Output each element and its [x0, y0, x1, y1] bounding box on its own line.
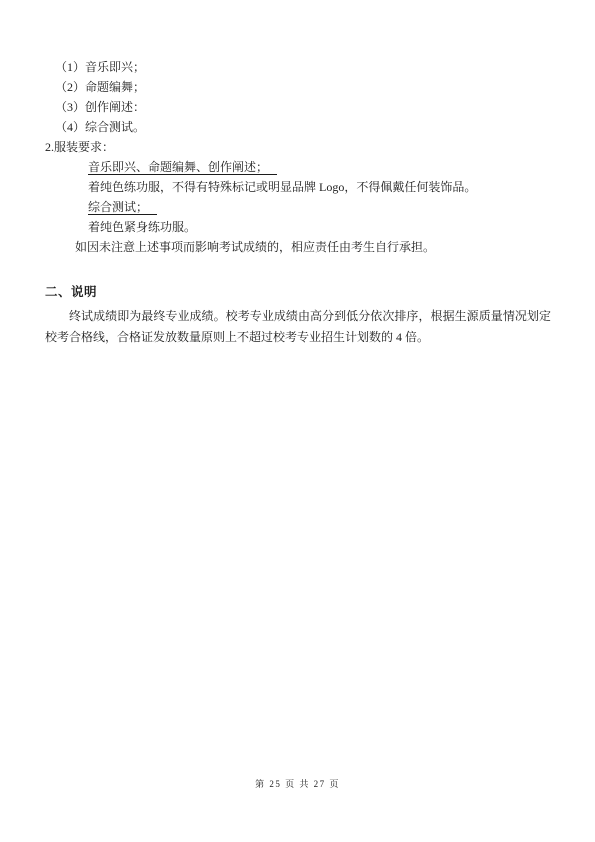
document-page: （1）音乐即兴； （2）命题编舞； （3）创作阐述： （4）综合测试。 2.服装…	[0, 0, 595, 842]
numbered-item-1: （1）音乐即兴；	[45, 57, 551, 77]
test-underlined-text: 综合测试；	[88, 200, 157, 215]
disclaimer-line: 如因未注意上述事项而影响考试成绩的，相应责任由考生自行承担。	[45, 237, 551, 257]
page-footer: 第 25 页 共 27 页	[0, 778, 595, 790]
document-content: （1）音乐即兴； （2）命题编舞； （3）创作阐述： （4）综合测试。 2.服装…	[45, 57, 551, 348]
dress-rule-1: 着纯色练功服，不得有特殊标记或明显品牌 Logo，不得佩戴任何装饰品。	[45, 177, 551, 197]
section-note-heading: 二、说明	[45, 282, 551, 302]
numbered-item-2: （2）命题编舞；	[45, 77, 551, 97]
numbered-item-3: （3）创作阐述：	[45, 97, 551, 117]
events-underlined-text: 音乐即兴、命题编舞、创作阐述；	[88, 160, 277, 175]
numbered-item-4: （4）综合测试。	[45, 117, 551, 137]
clothing-requirements-heading: 2.服装要求：	[45, 137, 551, 157]
events-underlined-line: 音乐即兴、命题编舞、创作阐述；	[45, 157, 551, 177]
section-note-paragraph: 终试成绩即为最终专业成绩。校考专业成绩由高分到低分依次排序，根据生源质量情况划定…	[45, 306, 551, 348]
test-underlined-line: 综合测试；	[45, 197, 551, 217]
dress-rule-2: 着纯色紧身练功服。	[45, 217, 551, 237]
